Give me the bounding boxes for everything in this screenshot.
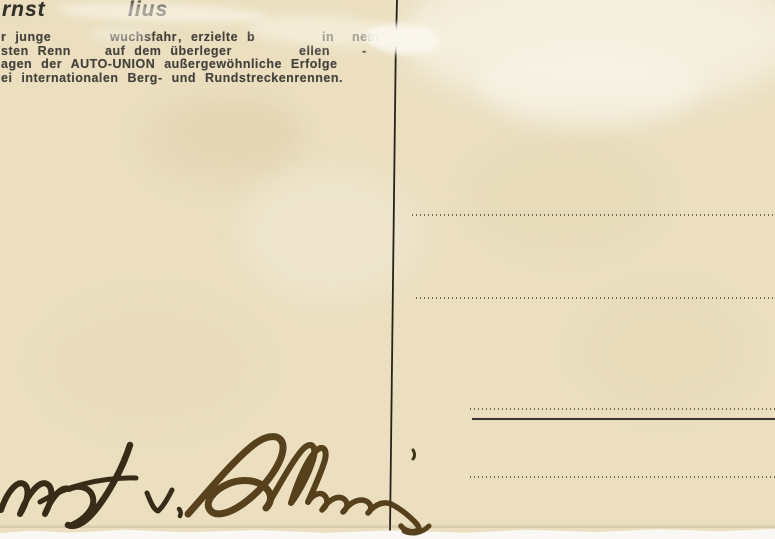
signature-ink xyxy=(0,400,450,539)
postcard-scan: rnstliusr jungewuchsfahr, erzielte binne… xyxy=(0,0,775,539)
caption-text-fragment: nem xyxy=(352,31,379,44)
caption-text-fragment: auf dem überleger xyxy=(105,45,232,58)
caption-text-fragment: - xyxy=(362,45,367,58)
paper-stain xyxy=(240,170,420,300)
caption-text-fragment: in xyxy=(322,31,334,44)
paper-stain xyxy=(470,140,660,250)
address-rule-dotted xyxy=(470,476,775,478)
paper-stain xyxy=(400,0,775,110)
paper-edge-shadow xyxy=(0,524,775,528)
address-rule-dotted xyxy=(412,214,775,216)
caption-title-fragment: rnst xyxy=(2,0,46,22)
paper-stain xyxy=(140,95,300,185)
caption-text-fragment: r junge xyxy=(1,31,51,44)
paper-stain xyxy=(580,290,750,410)
caption-text-fragment: , erzielte b xyxy=(178,31,255,44)
caption-text-fragment: ei internationalen Berg- und Rundstrecke… xyxy=(1,72,343,85)
address-rule-dotted xyxy=(416,297,775,299)
paper-stain xyxy=(480,40,700,130)
address-rule-dotted xyxy=(470,408,775,410)
caption-text-fragment: agen der AUTO-UNION außergewöhnliche Erf… xyxy=(1,58,337,71)
caption-text-fragment: wuchsfahr xyxy=(110,31,177,44)
address-rule-solid xyxy=(472,418,775,420)
caption-text-fragment: sten Renn xyxy=(1,45,71,58)
caption-text-fragment: ellen xyxy=(299,45,330,58)
scanner-strip xyxy=(0,525,775,539)
paper-stain xyxy=(40,300,260,430)
paper-stain xyxy=(180,100,300,160)
printed-caption: rnstliusr jungewuchsfahr, erzielte binne… xyxy=(0,0,400,100)
caption-title-fragment: lius xyxy=(128,0,168,22)
